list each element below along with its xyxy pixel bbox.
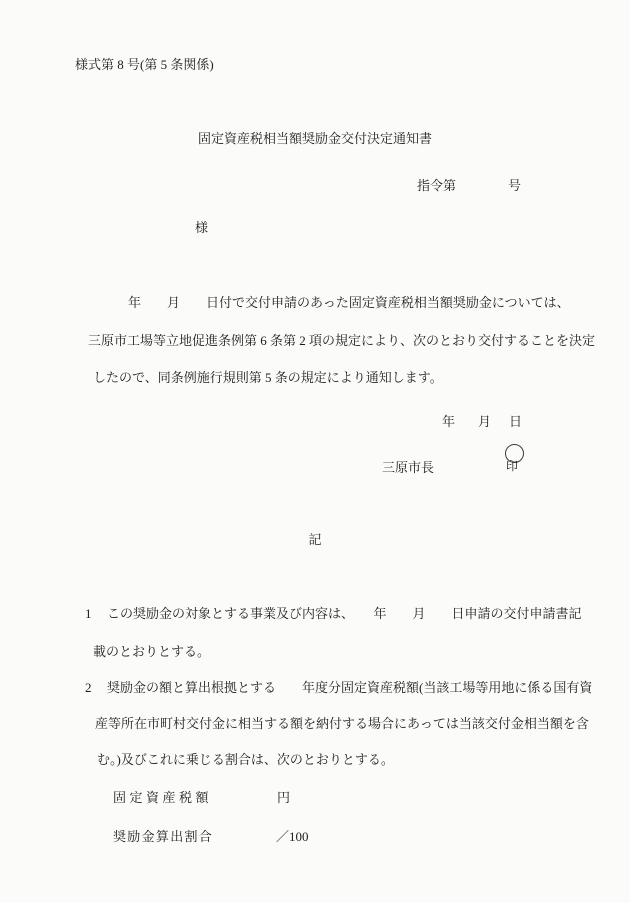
form-number: 様式第 8 号(第 5 条関係) — [75, 57, 214, 73]
directive-number-suffix: 号 — [508, 178, 521, 194]
document-title: 固定資産税相当額奨励金交付決定通知書 — [0, 131, 630, 147]
field-ratio-label: 奨励金算出割合 — [113, 829, 213, 845]
item-1-line1: この奨励金の対象とする事業及び内容は、 年 月 日申請の交付申請書記 — [107, 606, 582, 622]
field-ratio-value: ／100 — [276, 829, 309, 845]
document-page: 様式第 8 号(第 5 条関係) 固定資産税相当額奨励金交付決定通知書 指令第 … — [0, 0, 630, 903]
item-1-line2: 載のとおりとする。 — [93, 644, 210, 660]
issue-date-month: 月 — [478, 414, 491, 430]
addressee-suffix: 様 — [195, 220, 208, 236]
field-tax-amount-unit: 円 — [277, 790, 290, 806]
item-2-number: 2 — [85, 680, 92, 696]
directive-number-prefix: 指令第 — [417, 178, 456, 194]
issue-date-year: 年 — [442, 414, 455, 430]
ki-heading: 記 — [0, 532, 630, 548]
mayor-signature: 三原市長 — [382, 460, 434, 476]
item-1-number: 1 — [85, 606, 92, 622]
body-paragraph-line3: したので、同条例施行規則第 5 条の規定により通知します。 — [93, 370, 443, 386]
item-2-line1: 奨励金の額と算出根拠とする 年度分固定資産税額(当該工場等用地に係る国有資 — [107, 680, 592, 696]
body-paragraph-line1: 年 月 日付で交付申請のあった固定資産税相当額奨励金については、 — [128, 295, 570, 311]
body-paragraph-line2: 三原市工場等立地促進条例第 6 条第 2 項の規定により、次のとおり交付すること… — [88, 333, 595, 349]
item-2-line2: 産等所在市町村交付金に相当する額を納付する場合にあっては当該交付金相当額を含 — [95, 716, 589, 732]
seal-mark: 印 — [506, 457, 518, 474]
item-2-line3: む。)及びこれに乗じる割合は、次のとおりとする。 — [97, 752, 394, 768]
issue-date-day: 日 — [509, 414, 522, 430]
field-tax-amount-label: 固定資産税額 — [113, 790, 212, 806]
